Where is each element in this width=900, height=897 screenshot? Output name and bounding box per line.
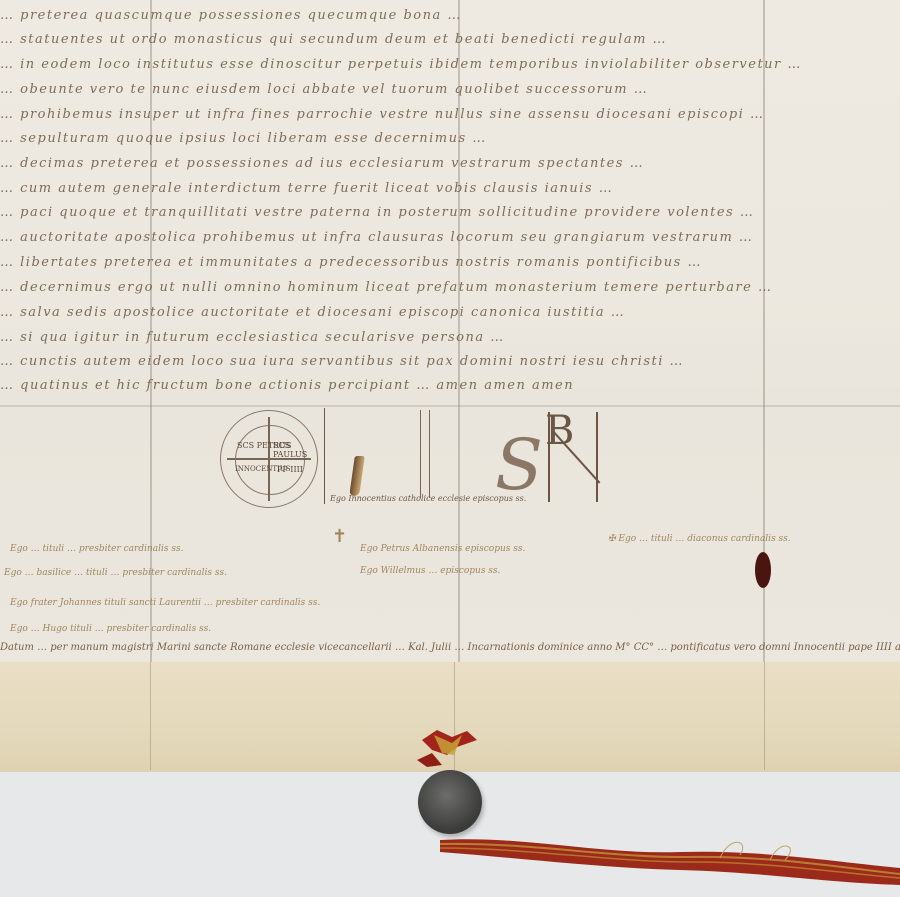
text-line: … sepulturam quoque ipsius loci liberam … <box>0 131 900 157</box>
subscription-line: Ego Willelmus … episcopus ss. <box>360 566 500 576</box>
text-line: … cum autem generale interdictum terre f… <box>0 181 900 207</box>
text-line: … obeunte vero te nunc eiusdem loci abba… <box>0 82 900 108</box>
text-line: … libertates preterea et immunitates a p… <box>0 255 900 281</box>
s-flourish: S <box>495 430 543 500</box>
text-line: … si qua igitur in futurum ecclesiastica… <box>0 330 900 356</box>
rota-sign: SCS PETRUS SCS PAULUS INNOCENTIUS PP III… <box>220 410 318 508</box>
wax-stain <box>755 552 771 588</box>
text-line: … salva sedis apostolice auctoritate et … <box>0 305 900 331</box>
pope-monogram-e <box>324 408 329 504</box>
text-line: … statuentes ut ordo monasticus qui secu… <box>0 32 900 58</box>
text-line: … preterea quascumque possessiones quecu… <box>0 8 900 34</box>
subscription-line: Ego … basilice … tituli … presbiter card… <box>4 568 227 578</box>
silk-cord-knot <box>412 725 482 775</box>
subscription-line: Ego … tituli … presbiter cardinalis ss. <box>10 544 183 554</box>
bene-valete-stem <box>548 412 550 502</box>
subscription-line: ✠ Ego … tituli … diaconus cardinalis ss. <box>608 534 791 544</box>
text-line: … paci quoque et tranquillitati vestre p… <box>0 205 900 231</box>
double-stroke <box>420 410 430 498</box>
text-line: … decimas preterea et possessiones ad iu… <box>0 156 900 182</box>
subscription-line: Ego frater Johannes tituli sancti Lauren… <box>10 598 320 608</box>
text-line: … auctoritate apostolica prohibemus ut i… <box>0 230 900 256</box>
text-line: … cunctis autem eidem loco sua iura serv… <box>0 354 900 380</box>
text-line: … prohibemus insuper ut infra fines parr… <box>0 107 900 133</box>
lead-seal <box>418 770 482 834</box>
subscription-line: Ego Petrus Albanensis episcopus ss. <box>360 544 525 554</box>
silk-tassel <box>440 830 900 890</box>
text-line: … in eodem loco institutus esse dinoscit… <box>0 57 900 83</box>
text-line: … decernimus ergo ut nulli omnino hominu… <box>0 280 900 306</box>
bene-valete-stem <box>596 412 598 502</box>
dating-clause: Datum … per manum magistri Marini sancte… <box>0 642 900 653</box>
subscription-line: Ego … Hugo tituli … presbiter cardinalis… <box>10 624 211 634</box>
cross-icon: ✝ <box>332 526 347 547</box>
fold-line <box>0 405 900 407</box>
text-line: … quatinus et hic fructum bone actionis … <box>0 378 900 404</box>
